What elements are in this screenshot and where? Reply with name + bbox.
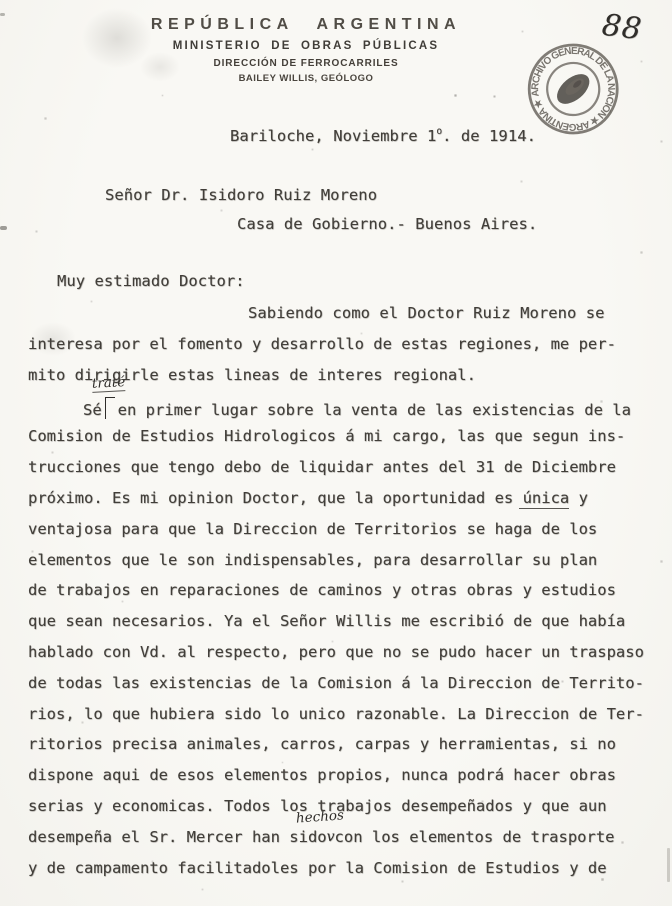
body-line: rios, lo que hubiera sido lo unico razon… bbox=[28, 705, 672, 736]
body-line-part: con los elementos de trasporte bbox=[335, 828, 615, 846]
dateline: Bariloche, Noviembre 1o. de 1914. bbox=[230, 122, 536, 146]
body-line: mito dirigirle estas lineas de interes r… bbox=[28, 366, 672, 397]
body-line-with-underline: próximo. Es mi opinion Doctor, que la op… bbox=[28, 489, 672, 520]
body-line-with-caret: desempeña el Sr. Mercer han sidovcon los… bbox=[28, 828, 672, 859]
body-line: trucciones que tengo debo de liquidar an… bbox=[28, 458, 672, 489]
dateline-main: Bariloche, Noviembre 1 bbox=[230, 127, 436, 145]
body-line: dispone aqui de esos elementos propios, … bbox=[28, 766, 672, 797]
body-line-word: Sé bbox=[83, 401, 102, 419]
dateline-tail: . de 1914. bbox=[442, 127, 536, 145]
insertion-bracket-mark bbox=[105, 397, 115, 419]
body-line: hablado con Vd. al respecto, pero que no… bbox=[28, 643, 672, 674]
body-line: ritorios precisa animales, carros, carpa… bbox=[28, 735, 672, 766]
insertion-caret: v bbox=[327, 828, 335, 847]
body-line-part: y bbox=[569, 489, 588, 507]
body-line: serias y economicas. Todos los trabajos … bbox=[28, 797, 672, 828]
body-line-part: desempeña el Sr. Mercer han sido bbox=[28, 828, 327, 846]
body-line: que sean necesarios. Ya el Señor Willis … bbox=[28, 612, 672, 643]
letter-body: interesa por el fomento y desarrollo de … bbox=[28, 335, 672, 889]
body-line: de todas las existencias de la Comision … bbox=[28, 674, 672, 705]
body-line: y de campamento facilitadoles por la Com… bbox=[28, 859, 672, 890]
recipient-address: Casa de Gobierno.- Buenos Aires. bbox=[237, 215, 537, 234]
body-line: Comision de Estudios Hidrologicos á mi c… bbox=[28, 427, 672, 458]
body-line-with-insert-mark: Séen primer lugar sobre la venta de las … bbox=[83, 397, 672, 428]
body-line: ventajosa para que la Direccion de Terri… bbox=[28, 520, 672, 551]
body-line: elementos que le son indispensables, par… bbox=[28, 551, 672, 582]
paper-speckle-noise bbox=[0, 0, 1, 1]
body-line: interesa por el fomento y desarrollo de … bbox=[28, 335, 672, 366]
salutation: Muy estimado Doctor: bbox=[57, 272, 245, 291]
underlined-word: única bbox=[519, 489, 570, 509]
edge-smudge bbox=[0, 226, 7, 230]
scanned-letter-page: REPÚBLICA ARGENTINA MINISTERIO DE OBRAS … bbox=[0, 0, 672, 906]
archive-stamp: ARCHIVO GENERAL DE LA NACIÓN ★ ARGENTINA… bbox=[484, 0, 662, 177]
body-line-part: próximo. Es mi opinion Doctor, que la op… bbox=[28, 489, 523, 507]
body-line-rest: en primer lugar sobre la venta de las ex… bbox=[118, 401, 631, 419]
body-line: de trabajos en reparaciones de caminos y… bbox=[28, 581, 672, 612]
recipient-name: Señor Dr. Isidoro Ruiz Moreno bbox=[105, 186, 377, 205]
opening-line: Sabiendo como el Doctor Ruiz Moreno se bbox=[248, 304, 605, 323]
